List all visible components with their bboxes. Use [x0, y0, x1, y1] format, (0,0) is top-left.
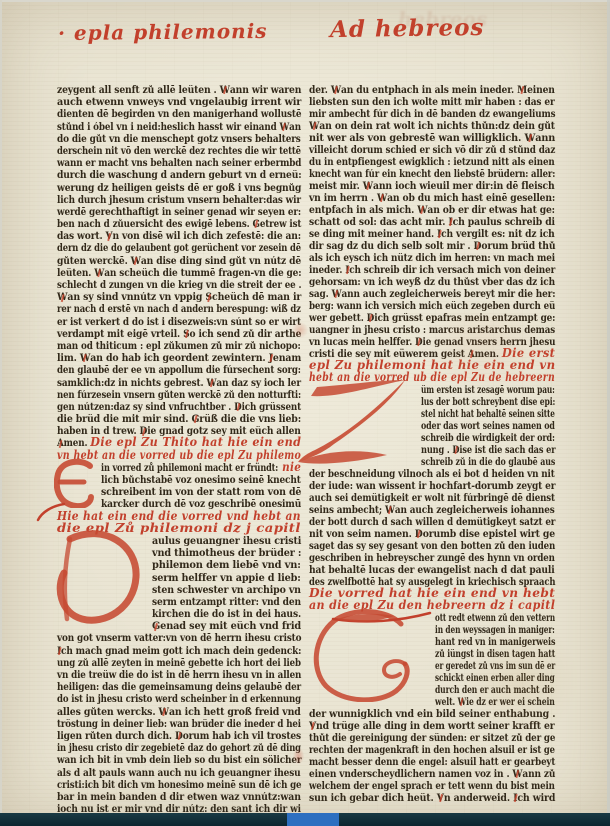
pen-flourish — [330, 610, 434, 626]
pen-flourish — [36, 500, 66, 522]
initial-block-z: üm ersten ist zesagē worum pau:lus der b… — [309, 378, 555, 462]
text-column-right: der. Wan du entphach in als mein ineder.… — [309, 78, 555, 798]
text-line: üm ersten ist zesagē worum pau: — [421, 378, 555, 390]
manuscript-page: hebreos · epla philemonis Ad hebreos zey… — [0, 0, 610, 826]
initial-block-e: in vorred zů philemoni macht er fründt: … — [57, 456, 301, 505]
illuminated-initial-z — [293, 374, 413, 466]
running-title-left: · epla philemonis — [58, 19, 268, 45]
scan-blue-tab — [287, 813, 339, 826]
text-line: ott redt etwenn zů den vettern — [435, 606, 555, 618]
text-line: zeygent all senft zů allē leüten . Wann … — [57, 78, 301, 90]
text-column-left: zeygent all senft zů allē leüten . Wann … — [57, 78, 301, 809]
scan-edge-top — [0, 0, 610, 2]
text-line-with-rubric: in vorred zů philemoni macht er fründt: … — [101, 456, 301, 468]
text-line: der. Wan du entphach in als mein ineder.… — [309, 78, 555, 90]
scan-bed-strip — [0, 813, 610, 826]
initial-block-p: aulus geuangner ihesu cristivnd thimothe… — [57, 529, 301, 627]
text-line: aulus geuangner ihesu cristi — [152, 529, 301, 541]
scan-edge-left — [0, 0, 2, 813]
running-title-right: Ad hebreos — [330, 14, 485, 43]
illuminated-initial-p — [50, 529, 142, 627]
